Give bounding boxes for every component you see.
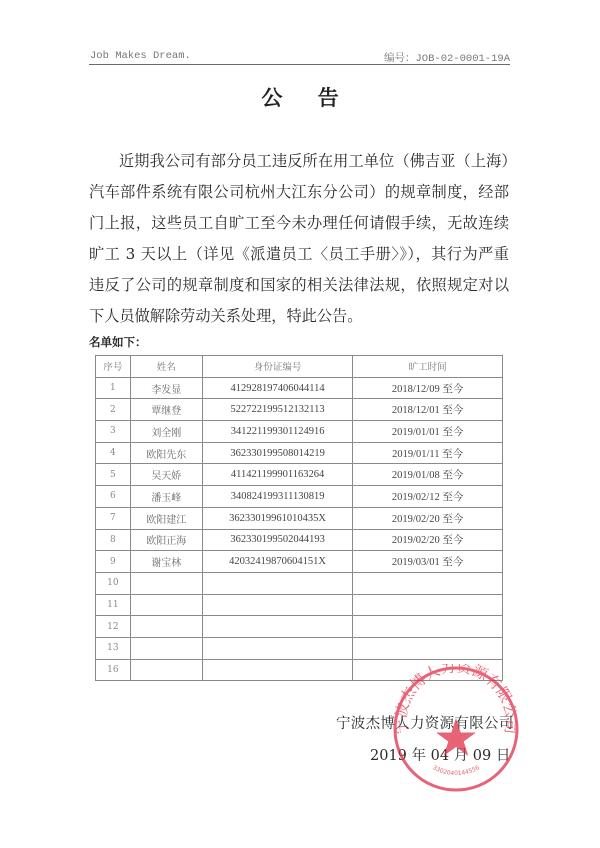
column-header-no: 序号 bbox=[96, 356, 131, 378]
table-row: 4欧阳先东3623301995080142192019/01/11 至今 bbox=[96, 442, 503, 464]
table-row: 5吴天娇4114211999011632642019/01/08 至今 bbox=[96, 464, 503, 486]
row-no: 16 bbox=[96, 659, 131, 681]
stamp-serial: 3302040144556 bbox=[431, 764, 481, 777]
company-seal-icon: 宁波杰博人力资源有限公司 3302040144556 bbox=[391, 664, 521, 794]
row-id: 42032419870604151X bbox=[202, 551, 352, 573]
row-name bbox=[130, 594, 202, 616]
row-date bbox=[353, 572, 503, 594]
row-date: 2019/02/20 至今 bbox=[353, 507, 503, 529]
table-row: 3刘全刚3412211993011249162019/01/01 至今 bbox=[96, 421, 503, 443]
page-header: Job Makes Dream. 编号：JOB-02-0001-19A bbox=[89, 47, 510, 65]
row-id: 522722199512132113 bbox=[202, 399, 352, 421]
row-name: 李发显 bbox=[130, 377, 202, 399]
row-id bbox=[202, 594, 352, 616]
row-date: 2018/12/09 至今 bbox=[353, 377, 503, 399]
row-id: 341221199301124916 bbox=[202, 421, 352, 443]
table-row: 2覃继登5227221995121321132018/12/01 至今 bbox=[96, 399, 503, 421]
row-name bbox=[130, 659, 202, 681]
row-date: 2019/03/01 至今 bbox=[353, 551, 503, 573]
row-id bbox=[202, 637, 352, 659]
row-date bbox=[353, 616, 503, 638]
table-row: 13 bbox=[96, 637, 503, 659]
announcement-paragraph: 近期我公司有部分员工违反所在用工单位（佛吉亚（上海）汽车部件系统有限公司杭州大江… bbox=[89, 146, 509, 332]
row-id: 412928197406044114 bbox=[202, 377, 352, 399]
row-id bbox=[202, 572, 352, 594]
row-name: 欧阳先东 bbox=[130, 442, 202, 464]
row-no: 4 bbox=[96, 442, 131, 464]
row-date: 2019/01/01 至今 bbox=[353, 421, 503, 443]
table-row: 9谢宝林42032419870604151X2019/03/01 至今 bbox=[96, 551, 503, 573]
row-no: 9 bbox=[96, 551, 131, 573]
row-name: 欧阳正海 bbox=[130, 529, 202, 551]
row-name: 谢宝林 bbox=[130, 551, 202, 573]
row-id: 36233019961010435X bbox=[202, 507, 352, 529]
row-date: 2019/02/20 至今 bbox=[353, 529, 503, 551]
row-date: 2019/01/08 至今 bbox=[353, 464, 503, 486]
row-id: 411421199901163264 bbox=[202, 464, 352, 486]
table-header-row: 序号 姓名 身份证编号 旷工时间 bbox=[96, 356, 503, 378]
announcement-body: 近期我公司有部分员工违反所在用工单位（佛吉亚（上海）汽车部件系统有限公司杭州大江… bbox=[89, 146, 509, 332]
row-name bbox=[130, 637, 202, 659]
row-no: 7 bbox=[96, 507, 131, 529]
header-slogan: Job Makes Dream. bbox=[90, 50, 191, 62]
row-id bbox=[202, 659, 352, 681]
row-name bbox=[130, 616, 202, 638]
column-header-name: 姓名 bbox=[130, 356, 202, 378]
table-row: 6潘玉峰3408241993111308192019/02/12 至今 bbox=[96, 486, 503, 508]
row-no: 12 bbox=[96, 616, 131, 638]
row-no: 11 bbox=[96, 594, 131, 616]
row-name: 刘全刚 bbox=[130, 421, 202, 443]
row-date: 2019/02/12 至今 bbox=[353, 486, 503, 508]
row-date: 2019/01/11 至今 bbox=[353, 442, 503, 464]
table-row: 10 bbox=[96, 572, 503, 594]
row-no: 6 bbox=[96, 486, 131, 508]
page-title: 公 告 bbox=[0, 82, 600, 112]
row-id bbox=[202, 616, 352, 638]
row-name: 欧阳建江 bbox=[130, 507, 202, 529]
row-name bbox=[130, 572, 202, 594]
row-no: 10 bbox=[96, 572, 131, 594]
table-row: 7欧阳建江36233019961010435X2019/02/20 至今 bbox=[96, 507, 503, 529]
star-icon bbox=[436, 718, 476, 756]
column-header-date: 旷工时间 bbox=[353, 356, 503, 378]
row-no: 13 bbox=[96, 637, 131, 659]
row-no: 1 bbox=[96, 377, 131, 399]
row-no: 2 bbox=[96, 399, 131, 421]
row-no: 3 bbox=[96, 421, 131, 443]
row-name: 覃继登 bbox=[130, 399, 202, 421]
row-id: 362330199502044193 bbox=[202, 529, 352, 551]
row-date: 2018/12/01 至今 bbox=[353, 399, 503, 421]
row-date bbox=[353, 594, 503, 616]
table-row: 8欧阳正海3623301995020441932019/02/20 至今 bbox=[96, 529, 503, 551]
row-name: 潘玉峰 bbox=[130, 486, 202, 508]
table-row: 12 bbox=[96, 616, 503, 638]
header-doc-number: 编号：JOB-02-0001-19A bbox=[384, 50, 510, 65]
row-id: 362330199508014219 bbox=[202, 442, 352, 464]
row-date bbox=[353, 637, 503, 659]
employee-table: 序号 姓名 身份证编号 旷工时间 1李发显4129281974060441142… bbox=[95, 355, 503, 681]
list-label: 名单如下： bbox=[89, 334, 147, 350]
row-no: 5 bbox=[96, 464, 131, 486]
column-header-id: 身份证编号 bbox=[202, 356, 352, 378]
row-id: 340824199311130819 bbox=[202, 486, 352, 508]
table-row: 1李发显4129281974060441142018/12/09 至今 bbox=[96, 377, 503, 399]
table-row: 11 bbox=[96, 594, 503, 616]
row-no: 8 bbox=[96, 529, 131, 551]
row-name: 吴天娇 bbox=[130, 464, 202, 486]
